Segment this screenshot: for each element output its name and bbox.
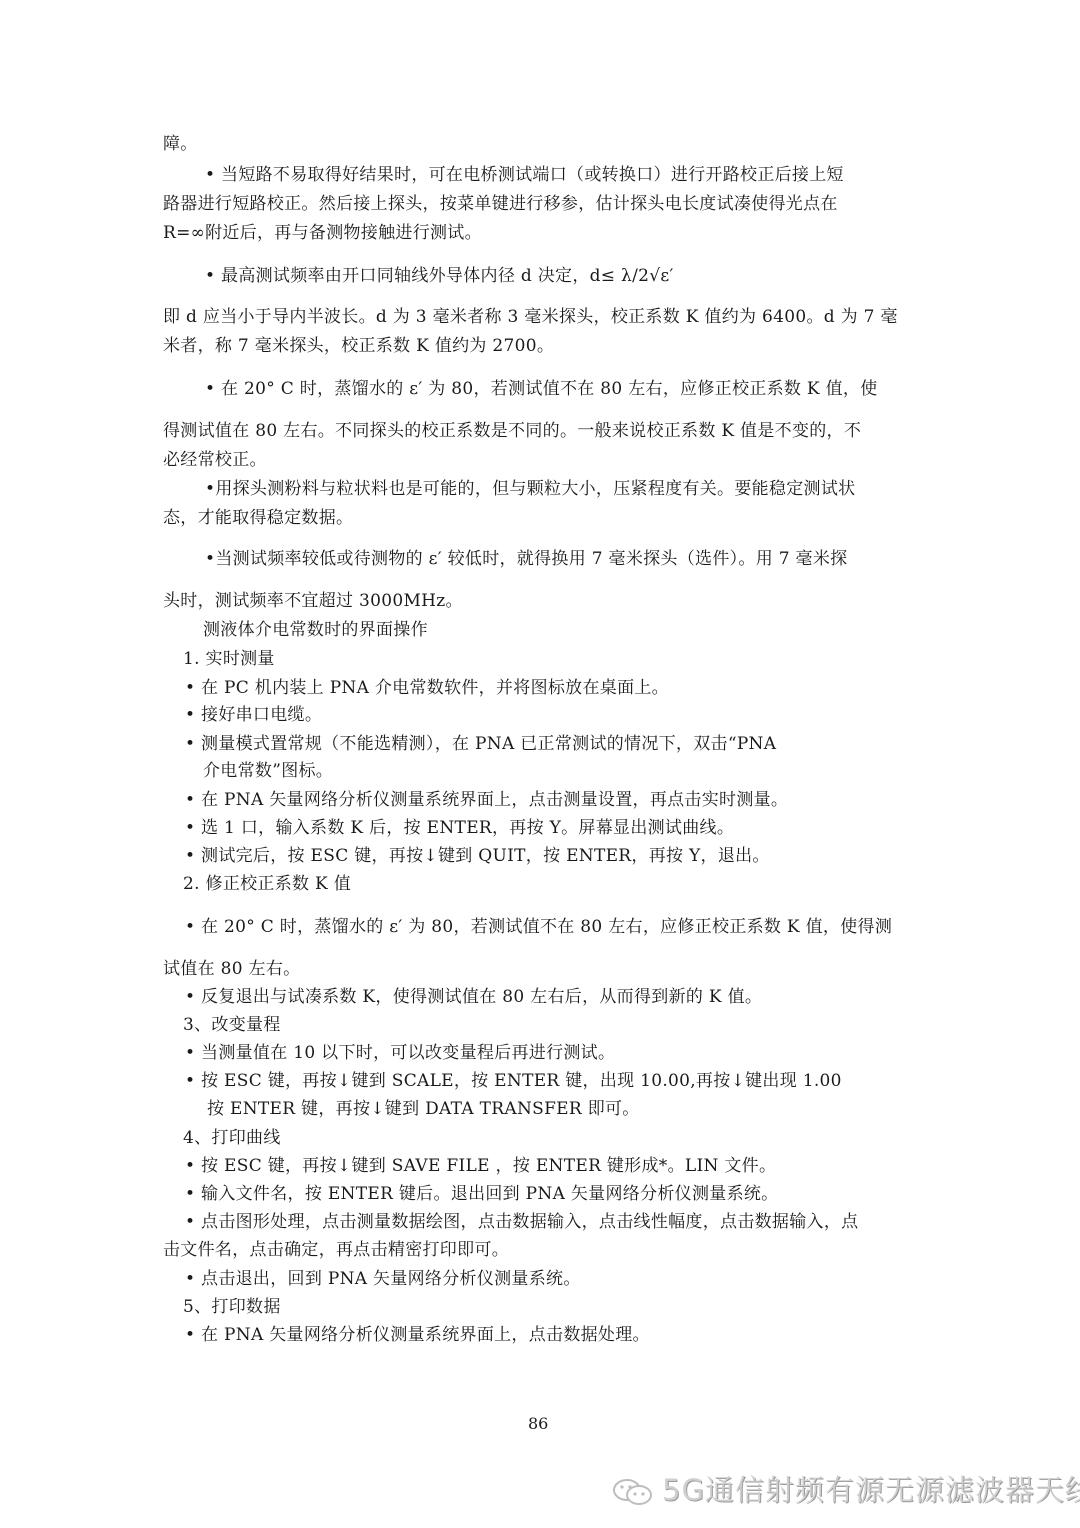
text-line: • 在 PNA 矢量网络分析仪测量系统界面上，点击测量设置，再点击实时测量。 [185, 789, 788, 811]
text-line: • 当测量值在 10 以下时，可以改变量程后再进行测试。 [185, 1042, 615, 1064]
text-line: 3、改变量程 [183, 1014, 281, 1036]
wechat-icon [612, 1477, 656, 1507]
text-line: • 在 20° C 时，蒸馏水的 ε′ 为 80，若测试值不在 80 左右，应修… [185, 916, 892, 938]
text-line: • 当短路不易取得好结果时，可在电桥测试端口（或转换口）进行开路校正后接上短 [205, 164, 844, 186]
text-line: 得测试值在 80 左右。不同探头的校正系数是不同的。一般来说校正系数 K 值是不… [163, 420, 861, 442]
text-line: 按 ENTER 键，再按↓键到 DATA TRANSFER 即可。 [207, 1098, 640, 1120]
text-line: 必经常校正。 [163, 449, 267, 471]
text-line: 态，才能取得稳定数据。 [163, 507, 353, 529]
text-line: 2. 修正校正系数 K 值 [183, 873, 351, 895]
text-line: 击文件名，点击确定，再点击精密打印即可。 [163, 1239, 509, 1261]
watermark-text: 5G通信射频有源无源滤波器天线 [662, 1473, 1080, 1507]
text-line: • 在 PNA 矢量网络分析仪测量系统界面上，点击数据处理。 [185, 1324, 650, 1346]
text-line: • 输入文件名，按 ENTER 键后。退出回到 PNA 矢量网络分析仪测量系统。 [185, 1183, 778, 1205]
text-line: •用探头测粉料与粒状料也是可能的，但与颗粒大小，压紧程度有关。要能稳定测试状 [205, 478, 855, 500]
text-line: 试值在 80 左右。 [163, 958, 300, 980]
text-line: • 最高测试频率由开口同轴线外导体内径 d 决定，d≤ λ/2√ε′ [205, 265, 674, 287]
text-line: • 测量模式置常规（不能选精测），在 PNA 已正常测试的情况下，双击“PNA [185, 733, 776, 755]
text-line: 路器进行短路校正。然后接上探头，按菜单键进行移参，估计探头电长度试凑使得光点在 [163, 193, 838, 215]
text-line: 即 d 应当小于导内半波长。d 为 3 毫米者称 3 毫米探头，校正系数 K 值… [163, 306, 898, 328]
text-line: • 点击退出，回到 PNA 矢量网络分析仪测量系统。 [185, 1268, 581, 1290]
text-line: • 接好串口电缆。 [185, 704, 322, 726]
text-line: 1. 实时测量 [183, 648, 275, 670]
text-line: 介电常数”图标。 [203, 760, 333, 782]
text-line: • 按 ESC 键，再按↓键到 SCALE，按 ENTER 键，出现 10.00… [185, 1070, 842, 1092]
text-line: • 选 1 口，输入系数 K 后，按 ENTER，再按 Y。屏幕显出测试曲线。 [185, 817, 734, 839]
page-number: 86 [528, 1414, 548, 1433]
text-line: • 在 PC 机内装上 PNA 介电常数软件，并将图标放在桌面上。 [185, 677, 669, 699]
text-line: 米者，称 7 毫米探头，校正系数 K 值约为 2700。 [163, 335, 554, 357]
text-line: 5、打印数据 [183, 1296, 281, 1318]
text-line: 头时，测试频率不宜超过 3000MHz。 [163, 590, 463, 612]
text-line: • 反复退出与试凑系数 K，使得测试值在 80 左右后，从而得到新的 K 值。 [185, 986, 762, 1008]
text-line: R=∞附近后，再与备测物接触进行测试。 [163, 222, 482, 244]
text-line: • 在 20° C 时，蒸馏水的 ε′ 为 80，若测试值不在 80 左右，应修… [205, 378, 878, 400]
text-line: • 点击图形处理，点击测量数据绘图，点击数据输入，点击线性幅度，点击数据输入，点 [185, 1211, 858, 1233]
text-line: 4、打印曲线 [183, 1127, 281, 1149]
text-line: 测液体介电常数时的界面操作 [203, 619, 428, 641]
text-line: • 按 ESC 键，再按↓键到 SAVE FILE ，按 ENTER 键形成*。… [185, 1155, 776, 1177]
text-line: • 测试完后，按 ESC 键，再按↓键到 QUIT，按 ENTER，再按 Y，退… [185, 845, 770, 867]
text-line: 障。 [163, 133, 198, 155]
text-line: •当测试频率较低或待测物的 ε′ 较低时，就得换用 7 毫米探头（选件）。用 7… [205, 548, 847, 570]
watermark: 5G通信射频有源无源滤波器天线 [612, 1468, 1080, 1509]
